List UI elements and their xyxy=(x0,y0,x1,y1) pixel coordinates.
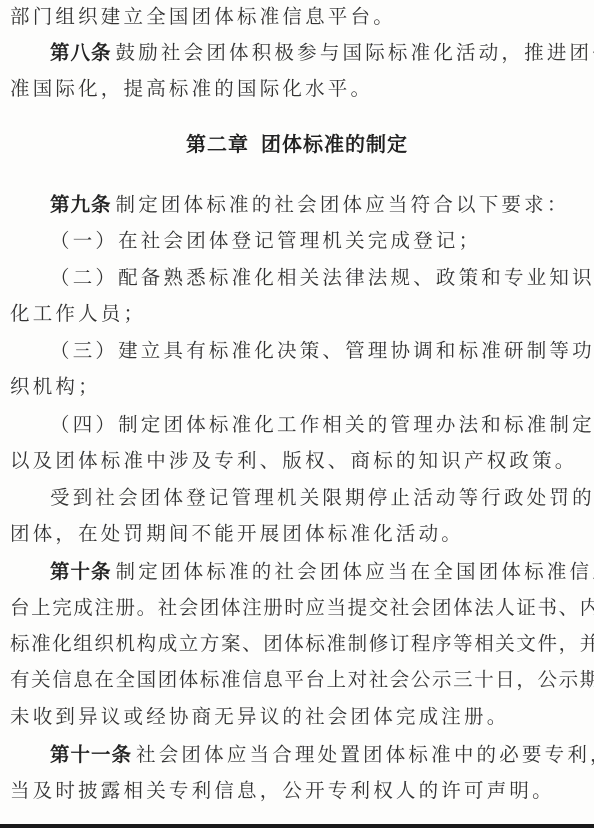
article-10-line-5: 未收到异议或经协商无异议的社会团体完成注册。 xyxy=(10,702,584,732)
article-text: 鼓励社会团体积极参与国际标准化活动，推进团体标 xyxy=(116,41,594,64)
article-10-line-4: 有关信息在全国团体标准信息平台上对社会公示三十日，公示期间 xyxy=(10,665,584,695)
list-item-text: （四）制定团体标准化工作相关的管理办法和标准制定程序， xyxy=(50,413,594,436)
article-9-item-1: （一）在社会团体登记管理机关完成登记； xyxy=(50,226,584,256)
article-9-intro: 第九条制定团体标准的社会团体应当符合以下要求： xyxy=(50,190,584,220)
paragraph-text: 受到社会团体登记管理机关限期停止活动等行政处罚的社会 xyxy=(50,486,594,509)
article-number: 第十条 xyxy=(50,560,112,583)
article-text: 社会团体应当合理处置团体标准中的必要专利，应 xyxy=(136,743,594,766)
article-10-line-2: 台上完成注册。社会团体注册时应当提交社会团体法人证书、内部 xyxy=(10,593,584,623)
article-8-line-1: 第八条鼓励社会团体积极参与国际标准化活动，推进团体标 xyxy=(50,38,584,68)
article-text: 制定团体标准的社会团体应当符合以下要求： xyxy=(116,193,570,216)
article-8-line-2: 准国际化，提高标准的国际化水平。 xyxy=(10,74,584,104)
article-text: 未收到异议或经协商无异议的社会团体完成注册。 xyxy=(10,705,509,728)
article-9-item-4-line-1: （四）制定团体标准化工作相关的管理办法和标准制定程序， xyxy=(50,410,584,440)
list-item-text: （二）配备熟悉标准化相关法律法规、政策和专业知识的标准 xyxy=(50,266,594,289)
list-item-text: 织机构； xyxy=(10,375,101,398)
article-text: 台上完成注册。社会团体注册时应当提交社会团体法人证书、内部 xyxy=(10,596,594,619)
chapter-title: 团体标准的制定 xyxy=(261,132,408,156)
list-item-text: 以及团体标准中涉及专利、版权、商标的知识产权政策。 xyxy=(10,449,578,472)
article-text: 标准化组织机构成立方案、团体标准制修订程序等相关文件，并将 xyxy=(10,632,594,655)
list-item-text: 化工作人员； xyxy=(10,302,146,325)
article-9-item-3-line-1: （三）建立具有标准化决策、管理协调和标准研制等功能的组 xyxy=(50,336,584,366)
article-11-line-1: 第十一条社会团体应当合理处置团体标准中的必要专利，应 xyxy=(50,740,584,770)
article-9-penalty-line-2: 团体，在处罚期间不能开展团体标准化活动。 xyxy=(10,519,584,549)
article-9-penalty-line-1: 受到社会团体登记管理机关限期停止活动等行政处罚的社会 xyxy=(50,483,584,513)
article-9-item-2-line-1: （二）配备熟悉标准化相关法律法规、政策和专业知识的标准 xyxy=(50,263,584,293)
article-number: 第九条 xyxy=(50,193,112,216)
article-text: 有关信息在全国团体标准信息平台上对社会公示三十日，公示期间 xyxy=(10,668,594,691)
article-10-line-3: 标准化组织机构成立方案、团体标准制修订程序等相关文件，并将 xyxy=(10,629,584,659)
article-11-line-2: 当及时披露相关专利信息，公开专利权人的许可声明。 xyxy=(10,776,584,806)
bottom-border xyxy=(0,824,594,828)
list-item-text: （三）建立具有标准化决策、管理协调和标准研制等功能的组 xyxy=(50,339,594,362)
article-10-line-1: 第十条制定团体标准的社会团体应当在全国团体标准信息平 xyxy=(50,557,584,587)
document-page: 部门组织建立全国团体标准信息平台。 第八条鼓励社会团体积极参与国际标准化活动，推… xyxy=(0,0,594,828)
article-text: 准国际化，提高标准的国际化水平。 xyxy=(10,77,373,100)
paragraph-continuation: 部门组织建立全国团体标准信息平台。 xyxy=(10,5,396,28)
article-9-item-3-line-2: 织机构； xyxy=(10,372,584,402)
list-item-text: （一）在社会团体登记管理机关完成登记； xyxy=(50,229,481,252)
chapter-number: 第二章 xyxy=(186,132,249,156)
article-text: 制定团体标准的社会团体应当在全国团体标准信息平 xyxy=(116,560,594,583)
article-9-item-4-line-2: 以及团体标准中涉及专利、版权、商标的知识产权政策。 xyxy=(10,446,584,476)
chapter-heading: 第二章团体标准的制定 xyxy=(0,128,594,160)
article-number: 第十一条 xyxy=(50,743,132,766)
article-number: 第八条 xyxy=(50,41,112,64)
paragraph-text: 团体，在处罚期间不能开展团体标准化活动。 xyxy=(10,522,464,545)
text-line: 部门组织建立全国团体标准信息平台。 xyxy=(10,2,584,32)
article-text: 当及时披露相关专利信息，公开专利权人的许可声明。 xyxy=(10,779,555,802)
article-9-item-2-line-2: 化工作人员； xyxy=(10,299,584,329)
